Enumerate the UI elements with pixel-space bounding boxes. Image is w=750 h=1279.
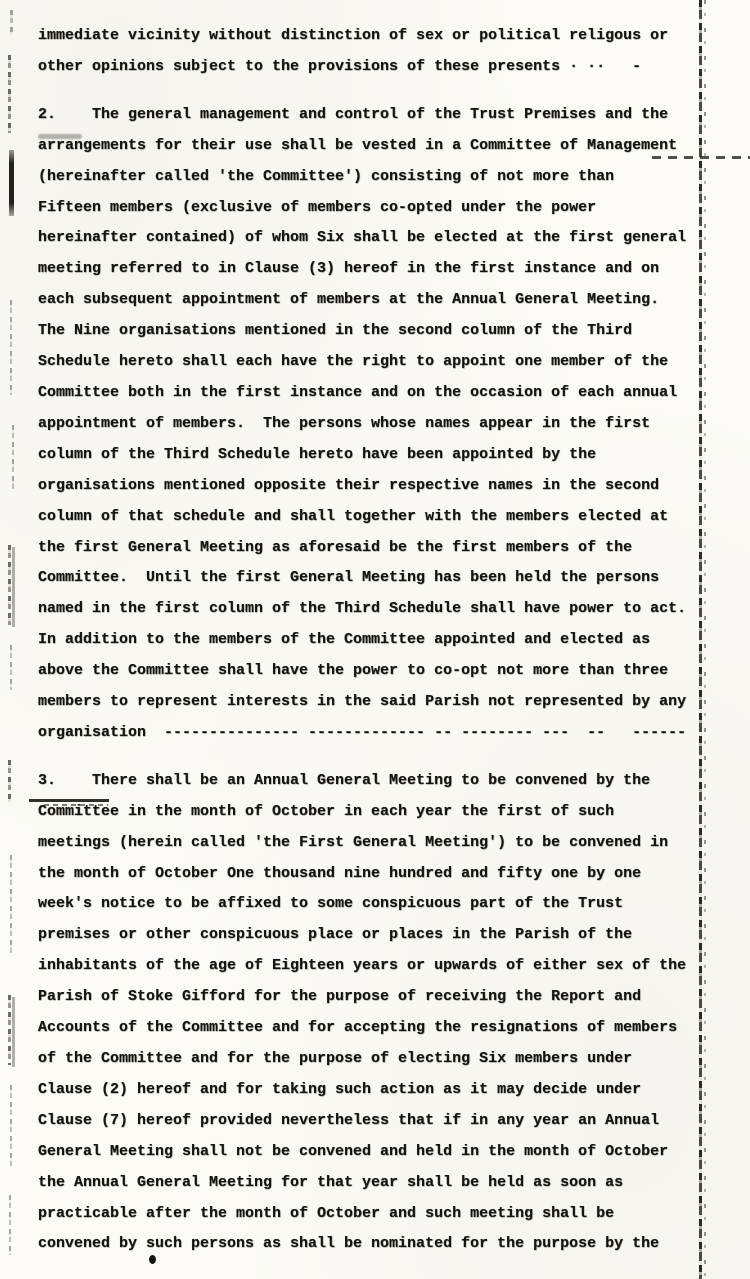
ink-dot-artifact <box>149 1255 156 1264</box>
document-page: immediate vicinity without distinction o… <box>0 0 750 1279</box>
text-line: organisation --------------- -----------… <box>38 718 710 749</box>
margin-scan-mark <box>9 1195 11 1255</box>
text-line: meetings (herein called 'the First Gener… <box>38 828 710 859</box>
text-line: Committee in the month of October in eac… <box>38 797 710 828</box>
text-line: Fifteen members (exclusive of members co… <box>38 193 710 224</box>
text-line: Clause (2) hereof and for taking such ac… <box>38 1075 710 1106</box>
text-line: appointment of members. The persons whos… <box>38 409 710 440</box>
page-edge-line <box>699 0 702 1279</box>
clause-2-smudge-mark <box>38 134 82 139</box>
margin-scan-mark <box>9 150 14 216</box>
text-line: hereinafter contained) of whom Six shall… <box>38 223 710 254</box>
text-line: Schedule hereto shall each have the righ… <box>38 347 710 378</box>
text-line: inhabitants of the age of Eighteen years… <box>38 951 710 982</box>
text-line: week's notice to be affixed to some cons… <box>38 889 710 920</box>
text-line: the first General Meeting as aforesaid b… <box>38 533 710 564</box>
text-line: arrangements for their use shall be vest… <box>38 131 710 162</box>
text-line: premises or other conspicuous place or p… <box>38 920 710 951</box>
margin-scan-mark <box>10 300 12 395</box>
text-line: column of that schedule and shall togeth… <box>38 502 710 533</box>
text-line: Parish of Stoke Gifford for the purpose … <box>38 982 710 1013</box>
text-line: column of the Third Schedule hereto have… <box>38 440 710 471</box>
text-line: (hereinafter called 'the Committee') con… <box>38 162 710 193</box>
margin-scan-mark <box>10 10 13 35</box>
margin-scan-mark <box>10 855 12 955</box>
document-text: immediate vicinity without distinction o… <box>38 21 710 1260</box>
margin-scan-mark <box>8 55 11 133</box>
page-edge-line-secondary <box>704 0 706 1279</box>
text-line: immediate vicinity without distinction o… <box>38 21 710 52</box>
margin-scan-mark <box>10 1085 12 1170</box>
text-line: meeting referred to in Clause (3) hereof… <box>38 254 710 285</box>
text-line: the Annual General Meeting for that year… <box>38 1168 710 1199</box>
paragraph: 3. There shall be an Annual General Meet… <box>38 766 710 1261</box>
text-line: The Nine organisations mentioned in the … <box>38 316 710 347</box>
text-line: members to represent interests in the sa… <box>38 687 710 718</box>
paragraph: 2. The general management and control of… <box>38 100 710 749</box>
clause-3-underline-dotted <box>44 804 108 806</box>
margin-scan-mark <box>8 545 11 625</box>
text-line: In addition to the members of the Commit… <box>38 625 710 656</box>
clause-3-underline-mark <box>29 799 109 802</box>
text-line: Committee both in the first instance and… <box>38 378 710 409</box>
text-line: Clause (7) hereof provided nevertheless … <box>38 1106 710 1137</box>
margin-scan-mark <box>8 995 11 1065</box>
paragraph: immediate vicinity without distinction o… <box>38 21 710 83</box>
text-line: 2. The general management and control of… <box>38 100 710 131</box>
text-line: convened by such persons as shall be nom… <box>38 1229 710 1260</box>
margin-scan-mark <box>10 645 12 690</box>
text-line: General Meeting shall not be convened an… <box>38 1137 710 1168</box>
text-line: Accounts of the Committee and for accept… <box>38 1013 710 1044</box>
text-line: practicable after the month of October a… <box>38 1199 710 1230</box>
text-line: 3. There shall be an Annual General Meet… <box>38 766 710 797</box>
text-line: other opinions subject to the provisions… <box>38 52 710 83</box>
text-line: organisations mentioned opposite their r… <box>38 471 710 502</box>
text-line: of the Committee and for the purpose of … <box>38 1044 710 1075</box>
text-line: above the Committee shall have the power… <box>38 656 710 687</box>
text-line: each subsequent appointment of members a… <box>38 285 710 316</box>
horizontal-scan-dash <box>652 156 750 159</box>
text-line: named in the first column of the Third S… <box>38 594 710 625</box>
margin-scan-mark <box>12 425 14 490</box>
text-line: Committee. Until the first General Meeti… <box>38 563 710 594</box>
text-line: the month of October One thousand nine h… <box>38 859 710 890</box>
margin-scan-mark <box>8 760 11 802</box>
